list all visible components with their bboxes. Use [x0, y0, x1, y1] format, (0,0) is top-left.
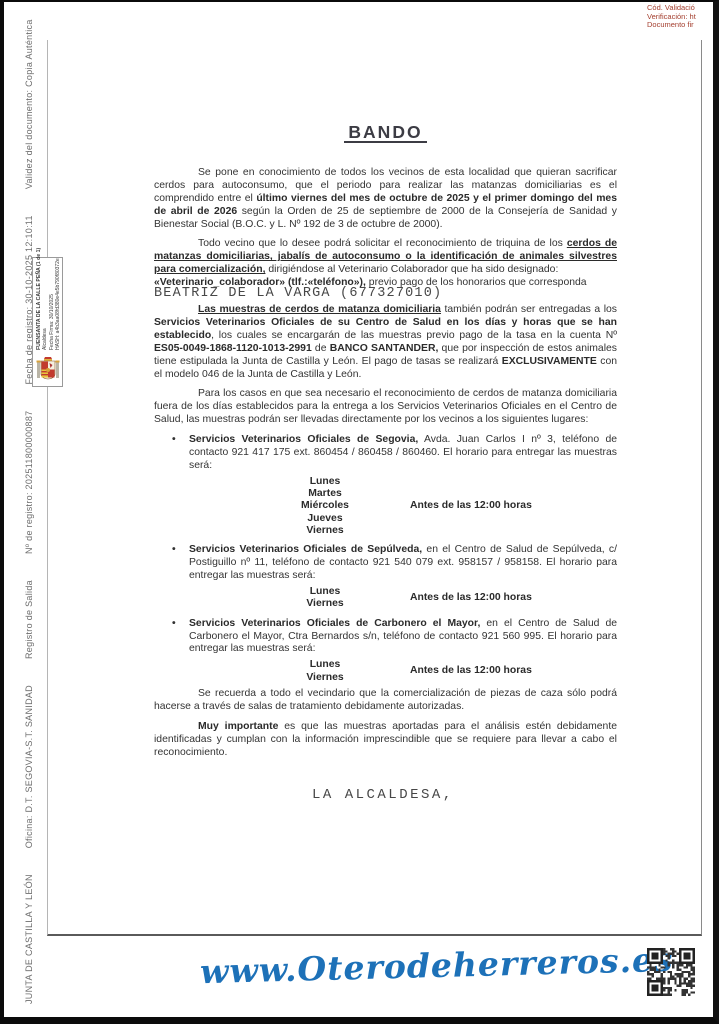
paragraph-important: Muy importante es que las muestras aport… — [154, 721, 617, 760]
schedule-sepulveda: LunesViernes Antes de las 12:00 horas — [266, 586, 617, 611]
document-title: BANDO — [344, 126, 426, 143]
bullet-text: Servicios Veterinarios Oficiales de Carb… — [189, 618, 617, 657]
sidebar-register-type: Registro de Salida — [24, 580, 34, 659]
schedule-segovia: LunesMartesMiércolesJuevesViernes Antes … — [266, 476, 617, 537]
sidebar-register-number: Nº de registro: 202511800000887 — [24, 411, 34, 555]
digital-signature-stamp: FUENSANTA DE LA CALLE PEÑA (1 de 1) Alca… — [32, 257, 63, 387]
schedule-days: LunesViernes — [266, 586, 384, 611]
stamp-hash: HASH: a4b3aa08fd380e4e5b790f80372e — [55, 262, 61, 350]
paragraph-delivery: Para los casos en que sea necesario el r… — [154, 388, 617, 427]
validation-line: Documento fir — [647, 21, 713, 30]
bullet-icon: • — [172, 618, 189, 657]
signature-line: LA ALCALDESA, — [312, 789, 617, 802]
registry-sidebar: JUNTA DE CASTILLA Y LEÓN Oficina: D.T. S… — [24, 88, 34, 1004]
schedule-time: Antes de las 12:00 horas — [410, 592, 532, 605]
schedule-time: Antes de las 12:00 horas — [410, 665, 532, 678]
website-watermark: www.Oterodeherreros.es — [200, 940, 674, 991]
bullet-icon: • — [172, 544, 189, 583]
bullet-text: Servicios Veterinarios Oficiales de Sego… — [189, 434, 617, 473]
scanned-document-page: Cód. Validació Verificación: ht Document… — [0, 0, 719, 1024]
sidebar-entity: JUNTA DE CASTILLA Y LEÓN — [24, 874, 34, 1004]
paragraph-samples: Las muestras de cerdos de matanza domici… — [154, 304, 617, 381]
stamp-text: FUENSANTA DE LA CALLE PEÑA (1 de 1) Alca… — [36, 262, 62, 350]
schedule-days: LunesMartesMiércolesJuevesViernes — [266, 476, 384, 537]
list-item-carbonero: • Servicios Veterinarios Oficiales de Ca… — [172, 618, 617, 657]
bando-document: BANDO Se pone en conocimiento de todos l… — [154, 126, 617, 802]
qr-code — [647, 948, 695, 996]
bullet-text: Servicios Veterinarios Oficiales de Sepú… — [189, 544, 617, 583]
schedule-days: LunesViernes — [266, 659, 384, 684]
sidebar-document-validity: Validez del documento: Copia Auténtica — [24, 19, 34, 189]
list-item-sepulveda: • Servicios Veterinarios Oficiales de Se… — [172, 544, 617, 583]
bullet-icon: • — [172, 434, 189, 473]
paragraph-trichina: Todo vecino que lo desee podrá solicitar… — [154, 238, 617, 277]
paragraph-game-meat: Se recuerda a todo el vecindario que la … — [154, 688, 617, 714]
spain-coat-of-arms-icon — [36, 356, 60, 384]
sidebar-office: Oficina: D.T. SEGOVIA-S.T. SANIDAD — [24, 685, 34, 848]
list-item-segovia: • Servicios Veterinarios Oficiales de Se… — [172, 434, 617, 473]
paragraph-period: Se pone en conocimiento de todos los vec… — [154, 167, 617, 232]
validation-code-block: Cód. Validació Verificación: ht Document… — [647, 4, 713, 30]
schedule-time: Antes de las 12:00 horas — [410, 500, 532, 513]
schedule-carbonero: LunesViernes Antes de las 12:00 horas — [266, 659, 617, 684]
